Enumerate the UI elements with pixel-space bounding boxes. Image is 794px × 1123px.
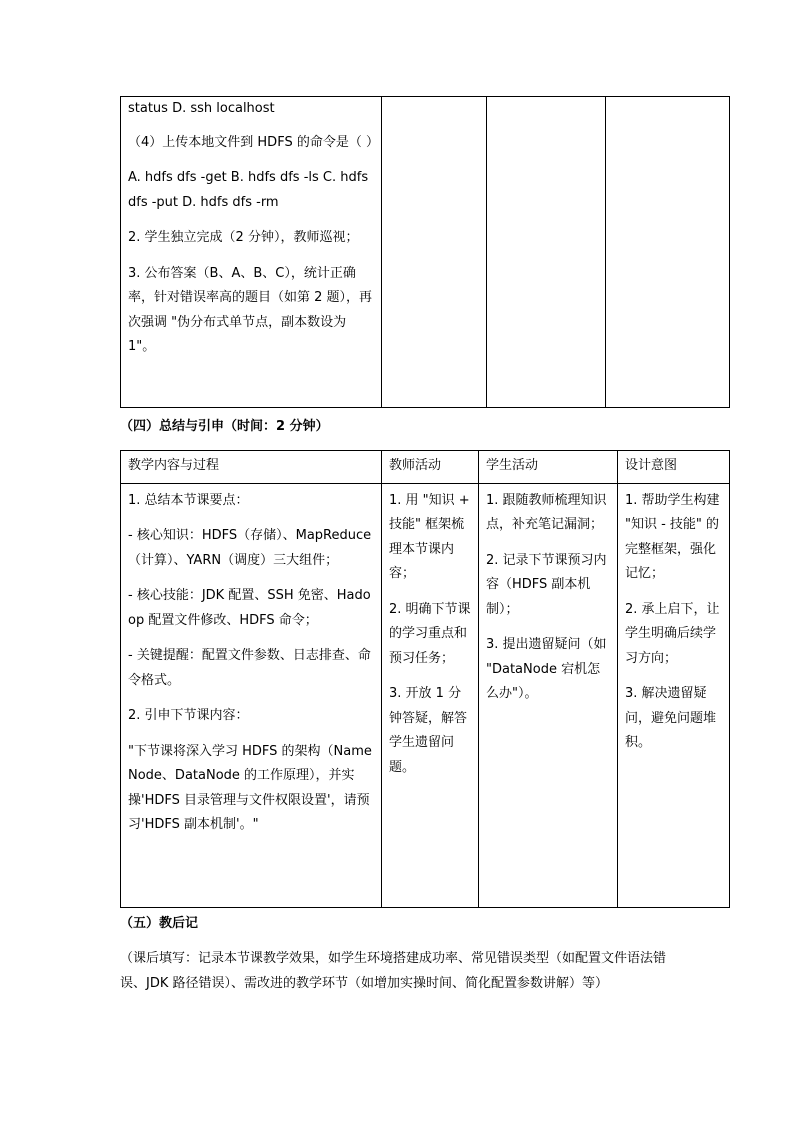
paragraph: "下节课将深入学习 HDFS 的架构（NameNode、DataNode 的工作… [128,740,375,838]
lesson-table-continued: status D. ssh localhost （4）上传本地文件到 HDFS … [120,96,730,408]
table-row: 1. 总结本节课要点： - 核心知识：HDFS（存储）、MapReduce（计算… [121,483,730,907]
section-heading-summary: （四）总结与引申（时间：2 分钟） [120,418,329,436]
document-page: status D. ssh localhost （4）上传本地文件到 HDFS … [0,0,794,1123]
design-intent-cell: 1. 帮助学生构建 "知识 - 技能" 的完整框架，强化记忆； 2. 承上启下，… [618,483,730,907]
paragraph: 3. 开放 1 分钟答疑，解答学生遗留问题。 [389,682,472,780]
student-activity-cell [487,97,606,408]
paragraph: 2. 明确下节课的学习重点和预习任务； [389,598,472,672]
paragraph: A. hdfs dfs -get B. hdfs dfs -ls C. hdfs… [128,166,375,215]
paragraph: 1. 用 "知识 + 技能" 框架梳理本节课内容； [389,489,472,587]
afterword-text: （课后填写：记录本节课教学效果，如学生环境搭建成功率、常见错误类型（如配置文件语… [120,946,676,996]
paragraph: status D. ssh localhost [128,97,375,122]
paragraph: 1. 帮助学生构建 "知识 - 技能" 的完整框架，强化记忆； [625,489,723,587]
paragraph: 1. 跟随教师梳理知识点，补充笔记漏洞； [486,489,611,538]
column-header: 设计意图 [618,451,730,484]
column-header: 学生活动 [479,451,618,484]
paragraph: - 核心知识：HDFS（存储）、MapReduce（计算）、YARN（调度）三大… [128,524,375,573]
paragraph: 1. 总结本节课要点： [128,489,375,514]
lesson-table-summary: 教学内容与过程 教师活动 学生活动 设计意图 1. 总结本节课要点： - 核心知… [120,450,730,908]
paragraph: 3. 公布答案（B、A、B、C），统计正确率，针对错误率高的题目（如第 2 题）… [128,262,375,360]
content-cell: 1. 总结本节课要点： - 核心知识：HDFS（存储）、MapReduce（计算… [121,483,382,907]
section-heading-afterword: （五）教后记 [120,915,198,933]
paragraph: 2. 记录下节课预习内容（HDFS 副本机制）； [486,549,611,623]
paragraph: 3. 解决遗留疑问，避免问题堆积。 [625,682,723,756]
design-intent-cell [606,97,730,408]
paragraph: 3. 提出遗留疑问（如 "DataNode 宕机怎么办"）。 [486,633,611,707]
paragraph: （4）上传本地文件到 HDFS 的命令是（ ） [128,131,375,156]
content-cell: status D. ssh localhost （4）上传本地文件到 HDFS … [121,97,382,408]
paragraph: - 关键提醒：配置文件参数、日志排查、命令格式。 [128,644,375,693]
paragraph: - 核心技能：JDK 配置、SSH 免密、Hadoop 配置文件修改、HDFS … [128,584,375,633]
student-activity-cell: 1. 跟随教师梳理知识点，补充笔记漏洞； 2. 记录下节课预习内容（HDFS 副… [479,483,618,907]
table-row: status D. ssh localhost （4）上传本地文件到 HDFS … [121,97,730,408]
paragraph: 2. 承上启下，让学生明确后续学习方向； [625,598,723,672]
teacher-activity-cell [382,97,487,408]
paragraph: 2. 引申下节课内容： [128,704,375,729]
column-header: 教学内容与过程 [121,451,382,484]
paragraph: 2. 学生独立完成（2 分钟），教师巡视； [128,226,375,251]
column-header: 教师活动 [382,451,479,484]
table-header-row: 教学内容与过程 教师活动 学生活动 设计意图 [121,451,730,484]
teacher-activity-cell: 1. 用 "知识 + 技能" 框架梳理本节课内容； 2. 明确下节课的学习重点和… [382,483,479,907]
